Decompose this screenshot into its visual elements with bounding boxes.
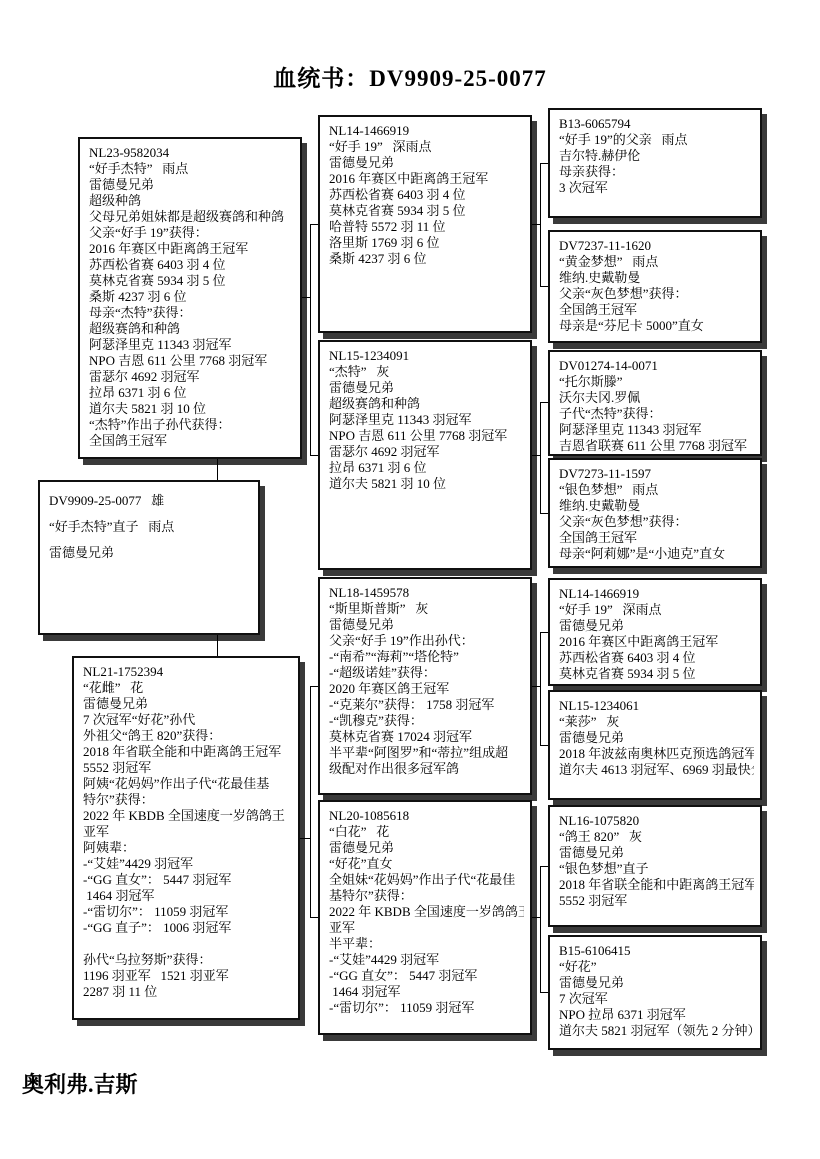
pedigree-box-dv7273-11-1597: DV7273-11-1597“银色梦想” 雨点维纳.史戴勒曼父亲“灰色梦想”获得… xyxy=(548,458,762,568)
connector-line xyxy=(532,224,540,225)
connector-line xyxy=(310,224,318,225)
text-line: 雷德曼兄弟 xyxy=(329,380,524,396)
text-line: 1464 羽冠军 xyxy=(329,984,524,1000)
pedigree-box-nl15-1234061: NL15-1234061“莱莎” 灰雷德曼兄弟2018 年波兹南奥林匹克预选鸽冠… xyxy=(548,690,762,800)
connector-line xyxy=(540,866,548,867)
text-line: “杰特” 灰 xyxy=(329,364,524,380)
connector-line xyxy=(310,686,311,918)
text-line: 2016 年赛区中距离鸽王冠军 xyxy=(559,634,754,650)
text-line: -“GG 直女”： 5447 羽冠军 xyxy=(83,872,292,888)
pedigree-box-nl20-1085618: NL20-1085618“白花” 花雷德曼兄弟“好花”直女全姐妹“花妈妈”作出子… xyxy=(318,800,532,1035)
text-line: -“雷切尔”： 11059 羽冠军 xyxy=(83,904,292,920)
text-line: 2287 羽 11 位 xyxy=(83,984,292,1000)
text-line: 道尔夫 5821 羽 10 位 xyxy=(329,476,524,492)
text-line: 哈普特 5572 羽 11 位 xyxy=(329,219,524,235)
pedigree-box-dam-nl21-1752394: NL21-1752394“花雌” 花雷德曼兄弟7 次冠军“好花”孙代外祖父“鸽王… xyxy=(72,656,300,1020)
text-line: 父亲“灰色梦想”获得： xyxy=(559,286,754,302)
text-line: 莫林克省赛 5934 羽 5 位 xyxy=(329,203,524,219)
text-line: 2018 年波兹南奥林匹克预选鸽冠军 xyxy=(559,746,754,762)
text-line: 沃尔夫冈.罗佩 xyxy=(559,390,754,406)
text-line: 2016 年赛区中距离鸽王冠军 xyxy=(329,171,524,187)
pedigree-box-b15-6106415: B15-6106415“好花”雷德曼兄弟7 次冠军NPO 拉昂 6371 羽冠军… xyxy=(548,935,762,1050)
connector-line xyxy=(310,455,318,456)
text-line: NL14-1466919 xyxy=(559,586,754,602)
text-line: “鸽王 820” 灰 xyxy=(559,829,754,845)
text-line: 外祖父“鸽王 820”获得： xyxy=(83,728,292,744)
text-line: “好花”直女 xyxy=(329,856,524,872)
text-line: 超级种鸽 xyxy=(89,193,294,209)
text-line: 道尔夫 5821 羽冠军（领先 2 分钟） xyxy=(559,1023,754,1039)
text-line: 超级赛鸽和种鸽 xyxy=(89,321,294,337)
text-line: 亚军 xyxy=(329,920,524,936)
text-line: 父亲“好手 19”获得： xyxy=(89,225,294,241)
text-line: 母亲是“芬尼卡 5000”直女 xyxy=(559,318,754,334)
text-line: 雷瑟尔 4692 羽冠军 xyxy=(89,369,294,385)
text-line: 维纳.史戴勒曼 xyxy=(559,270,754,286)
text-line: 父母兄弟姐妹都是超级赛鸽和种鸽 xyxy=(89,209,294,225)
text-line: 拉昂 6371 羽 6 位 xyxy=(89,385,294,401)
text-line: 阿瑟泽里克 11343 羽冠军 xyxy=(559,422,754,438)
text-line: 莫林克省赛 5934 羽 5 位 xyxy=(559,666,754,682)
text-line: 雷德曼兄弟 xyxy=(329,155,524,171)
text-line: NPO 拉昂 6371 羽冠军 xyxy=(559,1007,754,1023)
text-line: 阿姨“花妈妈”作出子代“花最佳基 xyxy=(83,776,292,792)
text-line: -“GG 直女”： 5447 羽冠军 xyxy=(329,968,524,984)
text-line: 雷德曼兄弟 xyxy=(89,177,294,193)
text-line: 拉昂 6371 羽 6 位 xyxy=(329,460,524,476)
connector-line xyxy=(532,686,540,687)
text-line: 莫林克省赛 5934 羽 5 位 xyxy=(89,273,294,289)
text-line: 苏西松省赛 6403 羽 4 位 xyxy=(89,257,294,273)
text-line: 维纳.史戴勒曼 xyxy=(559,498,754,514)
text-line: 全国鸽王冠军 xyxy=(559,530,754,546)
text-line: 2016 年赛区中距离鸽王冠军 xyxy=(89,241,294,257)
pedigree-box-nl14-1466919-2: NL14-1466919“好手 19” 深雨点雷德曼兄弟2016 年赛区中距离鸽… xyxy=(548,578,762,686)
text-line: 2018 年省联全能和中距离鸽王冠军 xyxy=(83,744,292,760)
text-line: 苏西松省赛 6403 羽 4 位 xyxy=(329,187,524,203)
text-line: 半平辈： xyxy=(329,936,524,952)
connector-line xyxy=(540,402,548,403)
text-line: “杰特”作出子孙代获得： xyxy=(89,417,294,433)
text-line: DV01274-14-0071 xyxy=(559,358,754,374)
pedigree-box-nl18-1459578: NL18-1459578“斯里斯普斯” 灰雷德曼兄弟父亲“好手 19”作出孙代：… xyxy=(318,577,532,795)
text-line: 7 次冠军 xyxy=(559,991,754,1007)
text-line: DV7273-11-1597 xyxy=(559,466,754,482)
text-line: -“艾娃”4429 羽冠军 xyxy=(329,952,524,968)
pedigree-page: 血统书：DV9909-25-0077 NL23-9582034“好手杰特” 雨点… xyxy=(0,0,820,1159)
connector-line xyxy=(310,224,311,456)
text-line: 5552 羽冠军 xyxy=(559,893,754,909)
text-line: 全姐妹“花妈妈”作出子代“花最佳 xyxy=(329,872,524,888)
text-line: -“南希”“海莉”“塔伦特” xyxy=(329,649,524,665)
page-title: 血统书：DV9909-25-0077 xyxy=(0,60,820,93)
pedigree-box-dv01274-14-0071: DV01274-14-0071“托尔斯滕”沃尔夫冈.罗佩子代“杰特”获得：阿瑟泽… xyxy=(548,350,762,456)
text-line: “莱莎” 灰 xyxy=(559,714,754,730)
text-line: 雷德曼兄弟 xyxy=(329,617,524,633)
pedigree-box-nl16-1075820: NL16-1075820“鸽王 820” 灰雷德曼兄弟“银色梦想”直子2018 … xyxy=(548,805,762,927)
text-line: 桑斯 4237 羽 6 位 xyxy=(329,251,524,267)
text-line: NL15-1234061 xyxy=(559,698,754,714)
text-line: “好手 19” 深雨点 xyxy=(329,139,524,155)
text-line: 阿瑟泽里克 11343 羽冠军 xyxy=(329,412,524,428)
pedigree-box-dv7237-11-1620: DV7237-11-1620“黄金梦想” 雨点维纳.史戴勒曼父亲“灰色梦想”获得… xyxy=(548,230,762,343)
text-line: 母亲“阿莉娜”是“小迪克”直女 xyxy=(559,546,754,562)
text-line: 雷德曼兄弟 xyxy=(559,975,754,991)
connector-line xyxy=(217,635,218,656)
text-line: B13-6065794 xyxy=(559,116,754,132)
text-line: NL18-1459578 xyxy=(329,585,524,601)
text-line: 桑斯 4237 羽 6 位 xyxy=(89,289,294,305)
text-line: 道尔夫 4613 羽冠军、6969 羽最快分速 xyxy=(559,762,754,778)
text-line: 苏西松省赛 6403 羽 4 位 xyxy=(559,650,754,666)
text-line: NL20-1085618 xyxy=(329,808,524,824)
pedigree-box-b13-6065794: B13-6065794“好手 19”的父亲 雨点吉尔特.赫伊伦母亲获得：3 次冠… xyxy=(548,108,762,218)
text-line: “好手 19”的父亲 雨点 xyxy=(559,132,754,148)
text-line: NL16-1075820 xyxy=(559,813,754,829)
text-line: “好手 19” 深雨点 xyxy=(559,602,754,618)
text-line: “斯里斯普斯” 灰 xyxy=(329,601,524,617)
text-line: 全国鸽王冠军 xyxy=(89,433,294,449)
text-line: “银色梦想” 雨点 xyxy=(559,482,754,498)
text-line: NPO 吉恩 611 公里 7768 羽冠军 xyxy=(89,353,294,369)
text-line: 5552 羽冠军 xyxy=(83,760,292,776)
text-line: -“克莱尔”获得： 1758 羽冠军 xyxy=(329,697,524,713)
text-line: 特尔”获得： xyxy=(83,792,292,808)
text-line: -“GG 直子”： 1006 羽冠军 xyxy=(83,920,292,936)
text-line: NL21-1752394 xyxy=(83,664,292,680)
connector-line xyxy=(540,402,541,514)
text-line: 2018 年省联全能和中距离鸽王冠军 xyxy=(559,877,754,893)
text-line: 1464 羽冠军 xyxy=(83,888,292,904)
text-line: DV7237-11-1620 xyxy=(559,238,754,254)
text-line: “好手杰特”直子 雨点 xyxy=(49,514,252,540)
text-line: 1196 羽亚军 1521 羽亚军 xyxy=(83,968,292,984)
connector-line xyxy=(310,686,318,687)
text-line: -“凯穆克”获得： xyxy=(329,713,524,729)
text-line: 3 次冠军 xyxy=(559,180,754,196)
connector-line xyxy=(540,513,548,514)
text-line: NL14-1466919 xyxy=(329,123,524,139)
text-line: 半平辈“阿图罗”和“蒂拉”组成超 xyxy=(329,745,524,761)
text-line: NL15-1234091 xyxy=(329,348,524,364)
text-line: 子代“杰特”获得： xyxy=(559,406,754,422)
text-line: 洛里斯 1769 羽 6 位 xyxy=(329,235,524,251)
connector-line xyxy=(540,163,548,164)
text-line: NPO 吉恩 611 公里 7768 羽冠军 xyxy=(329,428,524,444)
pedigree-box-subject-dv9909-25-0077: DV9909-25-0077 雄“好手杰特”直子 雨点雷德曼兄弟 xyxy=(38,480,260,635)
text-line: B15-6106415 xyxy=(559,943,754,959)
text-line: “黄金梦想” 雨点 xyxy=(559,254,754,270)
text-line: 吉尔特.赫伊伦 xyxy=(559,148,754,164)
text-line: 父亲“灰色梦想”获得： xyxy=(559,514,754,530)
text-line xyxy=(83,936,292,952)
text-line: “好花” xyxy=(559,959,754,975)
text-line: NL23-9582034 xyxy=(89,145,294,161)
text-line: “白花” 花 xyxy=(329,824,524,840)
text-line: 超级赛鸽和种鸽 xyxy=(329,396,524,412)
text-line: 阿姨辈： xyxy=(83,840,292,856)
pedigree-box-sire-nl23-9582034: NL23-9582034“好手杰特” 雨点雷德曼兄弟超级种鸽父母兄弟姐妹都是超级… xyxy=(78,137,302,459)
connector-line xyxy=(540,632,548,633)
text-line: 雷德曼兄弟 xyxy=(49,540,252,566)
text-line: 2022 年 KBDB 全国速度一岁鸽鸽王 xyxy=(83,808,292,824)
text-line: 雷德曼兄弟 xyxy=(559,730,754,746)
connector-line xyxy=(532,455,540,456)
text-line: “花雌” 花 xyxy=(83,680,292,696)
text-line: 阿瑟泽里克 11343 羽冠军 xyxy=(89,337,294,353)
pedigree-box-nl14-1466919: NL14-1466919“好手 19” 深雨点雷德曼兄弟2016 年赛区中距离鸽… xyxy=(318,115,532,333)
text-line: 母亲“杰特”获得： xyxy=(89,305,294,321)
connector-line xyxy=(540,866,541,993)
text-line: 雷德曼兄弟 xyxy=(559,618,754,634)
text-line: 雷德曼兄弟 xyxy=(559,845,754,861)
text-line: 7 次冠军“好花”孙代 xyxy=(83,712,292,728)
text-line: 基特尔”获得： xyxy=(329,888,524,904)
connector-line xyxy=(540,163,541,287)
connector-line xyxy=(310,917,318,918)
text-line: -“雷切尔”： 11059 羽冠军 xyxy=(329,1000,524,1016)
connector-line xyxy=(540,632,541,746)
text-line: “好手杰特” 雨点 xyxy=(89,161,294,177)
text-line: 2022 年 KBDB 全国速度一岁鸽鸽王 xyxy=(329,904,524,920)
text-line: 雷德曼兄弟 xyxy=(83,696,292,712)
text-line: -“超级诺娃”获得： xyxy=(329,665,524,681)
text-line: 雷瑟尔 4692 羽冠军 xyxy=(329,444,524,460)
text-line: 级配对作出很多冠军鸽 xyxy=(329,761,524,777)
text-line: 父亲“好手 19”作出孙代： xyxy=(329,633,524,649)
text-line: 2020 年赛区鸽王冠军 xyxy=(329,681,524,697)
text-line: 母亲获得： xyxy=(559,164,754,180)
text-line: -“艾娃”4429 羽冠军 xyxy=(83,856,292,872)
connector-line xyxy=(540,286,548,287)
text-line: “托尔斯滕” xyxy=(559,374,754,390)
pedigree-box-nl15-1234091: NL15-1234091“杰特” 灰雷德曼兄弟超级赛鸽和种鸽阿瑟泽里克 1134… xyxy=(318,340,532,570)
text-line: 亚军 xyxy=(83,824,292,840)
text-line: 孙代“乌拉努斯”获得： xyxy=(83,952,292,968)
breeder-name: 奥利弗.吉斯 xyxy=(22,1068,138,1099)
connector-line xyxy=(540,992,548,993)
text-line: DV9909-25-0077 雄 xyxy=(49,488,252,514)
connector-line xyxy=(532,917,540,918)
connector-line xyxy=(540,745,548,746)
text-line: 道尔夫 5821 羽 10 位 xyxy=(89,401,294,417)
text-line: 全国鸽王冠军 xyxy=(559,302,754,318)
text-line: “银色梦想”直子 xyxy=(559,861,754,877)
text-line: 莫林克省赛 17024 羽冠军 xyxy=(329,729,524,745)
connector-line xyxy=(217,459,218,480)
text-line: 吉恩省联赛 611 公里 7768 羽冠军 xyxy=(559,438,754,454)
text-line: 雷德曼兄弟 xyxy=(329,840,524,856)
